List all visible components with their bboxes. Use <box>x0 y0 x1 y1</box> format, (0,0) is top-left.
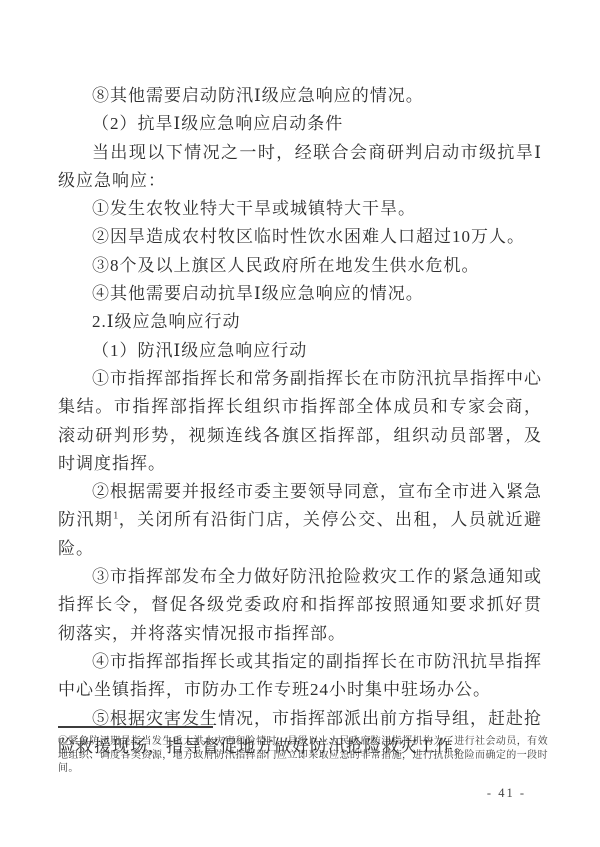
footnote-area: ①紧急防汛期是指当发生重大洪水灾害和险情时，县级以上人民政府防汛指挥机构为了进行… <box>58 726 548 776</box>
document-body: ⑧其他需要启动防汛Ⅰ级应急响应的情况。 （2）抗旱Ⅰ级应急响应启动条件 当出现以… <box>58 82 542 761</box>
heading-level1-response-actions: 2.Ⅰ级应急响应行动 <box>58 308 542 336</box>
footnote-separator <box>58 726 213 728</box>
paragraph-item-1-drought: ①发生农牧业特大干旱或城镇特大干旱。 <box>58 195 542 223</box>
footnote: ①紧急防汛期是指当发生重大洪水灾害和险情时，县级以上人民政府防汛指挥机构为了进行… <box>58 735 548 776</box>
paragraph-action-3: ③市指挥部发布全力做好防汛抢险救灾工作的紧急通知或指挥长令，督促各级党委政府和指… <box>58 563 542 648</box>
paragraph-item-3-drought: ③8个及以上旗区人民政府所在地发生供水危机。 <box>58 252 542 280</box>
document-page: ⑧其他需要启动防汛Ⅰ级应急响应的情况。 （2）抗旱Ⅰ级应急响应启动条件 当出现以… <box>0 0 600 847</box>
paragraph-text-post: ，关闭所有沿街门店，关停公交、出租，人员就近避险。 <box>58 510 542 557</box>
paragraph-action-1: ①市指挥部指挥长和常务副指挥长在市防汛抗旱指挥中心集结。市指挥部指挥长组织市指挥… <box>58 365 542 478</box>
page-number: - 41 - <box>487 786 526 801</box>
footnote-marker: ① <box>58 736 68 747</box>
paragraph-item-2-drought: ②因旱造成农村牧区临时性饮水困难人口超过10万人。 <box>58 223 542 251</box>
paragraph-conditions-intro: 当出现以下情况之一时，经联合会商研判启动市级抗旱Ⅰ级应急响应： <box>58 139 542 196</box>
paragraph-action-4: ④市指挥部指挥长或其指定的副指挥长在市防汛抗旱指挥中心坐镇指挥，市防办工作专班2… <box>58 648 542 705</box>
paragraph-item-8-flood: ⑧其他需要启动防汛Ⅰ级应急响应的情况。 <box>58 82 542 110</box>
paragraph-action-2: ②根据需要并报经市委主要领导同意，宣布全市进入紧急防汛期1，关闭所有沿街门店，关… <box>58 478 542 563</box>
paragraph-item-4-drought: ④其他需要启动抗旱Ⅰ级应急响应的情况。 <box>58 280 542 308</box>
heading-drought-level1-conditions: （2）抗旱Ⅰ级应急响应启动条件 <box>58 110 542 138</box>
footnote-text: 紧急防汛期是指当发生重大洪水灾害和险情时，县级以上人民政府防汛指挥机构为了进行社… <box>58 736 548 774</box>
heading-flood-level1-actions: （1）防汛Ⅰ级应急响应行动 <box>58 337 542 365</box>
